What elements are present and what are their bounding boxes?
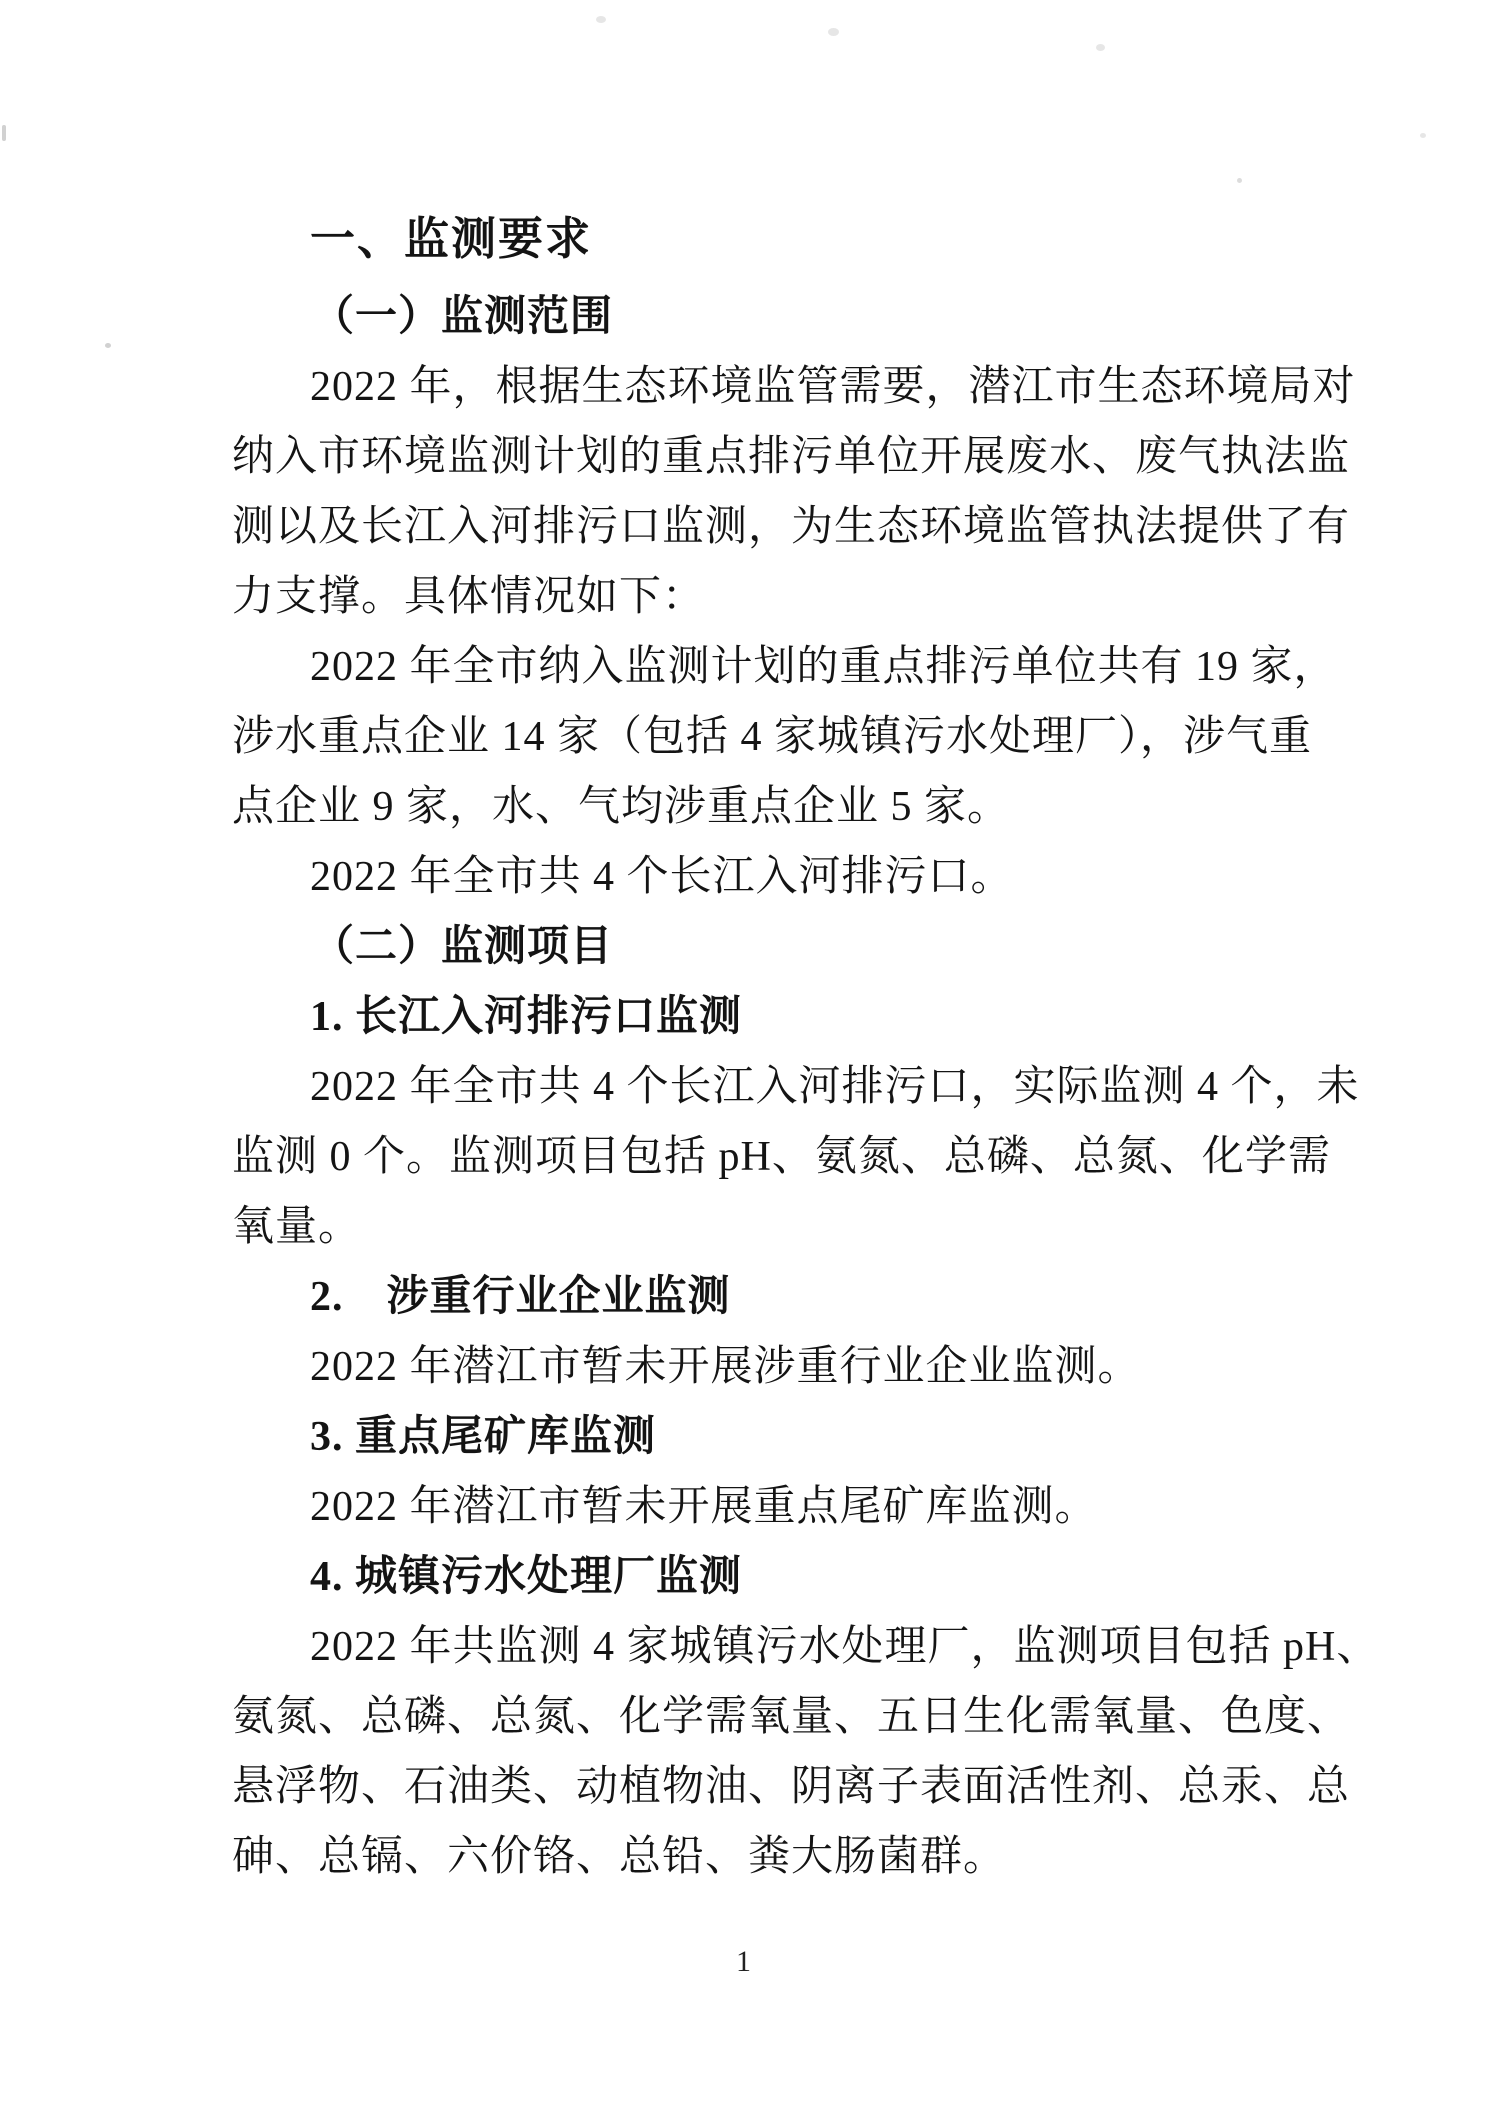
scan-artifact: [828, 28, 839, 36]
text-line: 悬浮物、石油类、动植物油、阴离子表面活性剂、总汞、总: [232, 1752, 1277, 1822]
text-line: 2022 年全市纳入监测计划的重点排污单位共有 19 家，: [232, 632, 1277, 702]
text-line: 监测 0 个。监测项目包括 pH、氨氮、总磷、总氮、化学需: [232, 1122, 1277, 1192]
text-line: 氨氮、总磷、总氮、化学需氧量、五日生化需氧量、色度、: [232, 1682, 1277, 1752]
text-line: 2022 年潜江市暂未开展重点尾矿库监测。: [232, 1472, 1277, 1542]
text-line: 涉水重点企业 14 家（包括 4 家城镇污水处理厂），涉气重: [232, 702, 1277, 772]
text-line: 测以及长江入河排污口监测，为生态环境监管执法提供了有: [232, 492, 1277, 562]
heading-line: 3. 重点尾矿库监测: [232, 1402, 1277, 1472]
text-line: 2022 年共监测 4 家城镇污水处理厂，监测项目包括 pH、: [232, 1612, 1277, 1682]
heading-line: 一、监测要求: [232, 204, 1277, 274]
scan-artifact: [1096, 44, 1105, 51]
heading-line: 2. 涉重行业企业监测: [232, 1262, 1277, 1332]
heading-line: 1. 长江入河排污口监测: [232, 982, 1277, 1052]
text-line: 力支撑。具体情况如下：: [232, 562, 1277, 632]
heading-line: （二）监测项目: [232, 912, 1277, 982]
text-line: 纳入市环境监测计划的重点排污单位开展废水、废气执法监: [232, 422, 1277, 492]
text-line: 点企业 9 家，水、气均涉重点企业 5 家。: [232, 772, 1277, 842]
document-page: 一、监测要求（一）监测范围2022 年，根据生态环境监管需要，潜江市生态环境局对…: [0, 0, 1487, 2102]
text-line: 2022 年全市共 4 个长江入河排污口。: [232, 842, 1277, 912]
page-number: 1: [0, 1945, 1487, 1979]
scan-artifact: [105, 343, 111, 348]
text-line: 2022 年潜江市暂未开展涉重行业企业监测。: [232, 1332, 1277, 1402]
scan-artifact: [596, 16, 606, 23]
scan-artifact: [2, 125, 6, 141]
text-line: 氧量。: [232, 1192, 1277, 1262]
heading-line: 4. 城镇污水处理厂监测: [232, 1542, 1277, 1612]
text-line: 2022 年，根据生态环境监管需要，潜江市生态环境局对: [232, 352, 1277, 422]
scan-artifact: [1237, 178, 1242, 183]
text-line: 砷、总镉、六价铬、总铅、粪大肠菌群。: [232, 1822, 1277, 1892]
text-line: 2022 年全市共 4 个长江入河排污口，实际监测 4 个，未: [232, 1052, 1277, 1122]
scan-artifact: [1420, 133, 1426, 138]
heading-line: （一）监测范围: [232, 282, 1277, 352]
document-body: 一、监测要求（一）监测范围2022 年，根据生态环境监管需要，潜江市生态环境局对…: [232, 204, 1277, 1892]
